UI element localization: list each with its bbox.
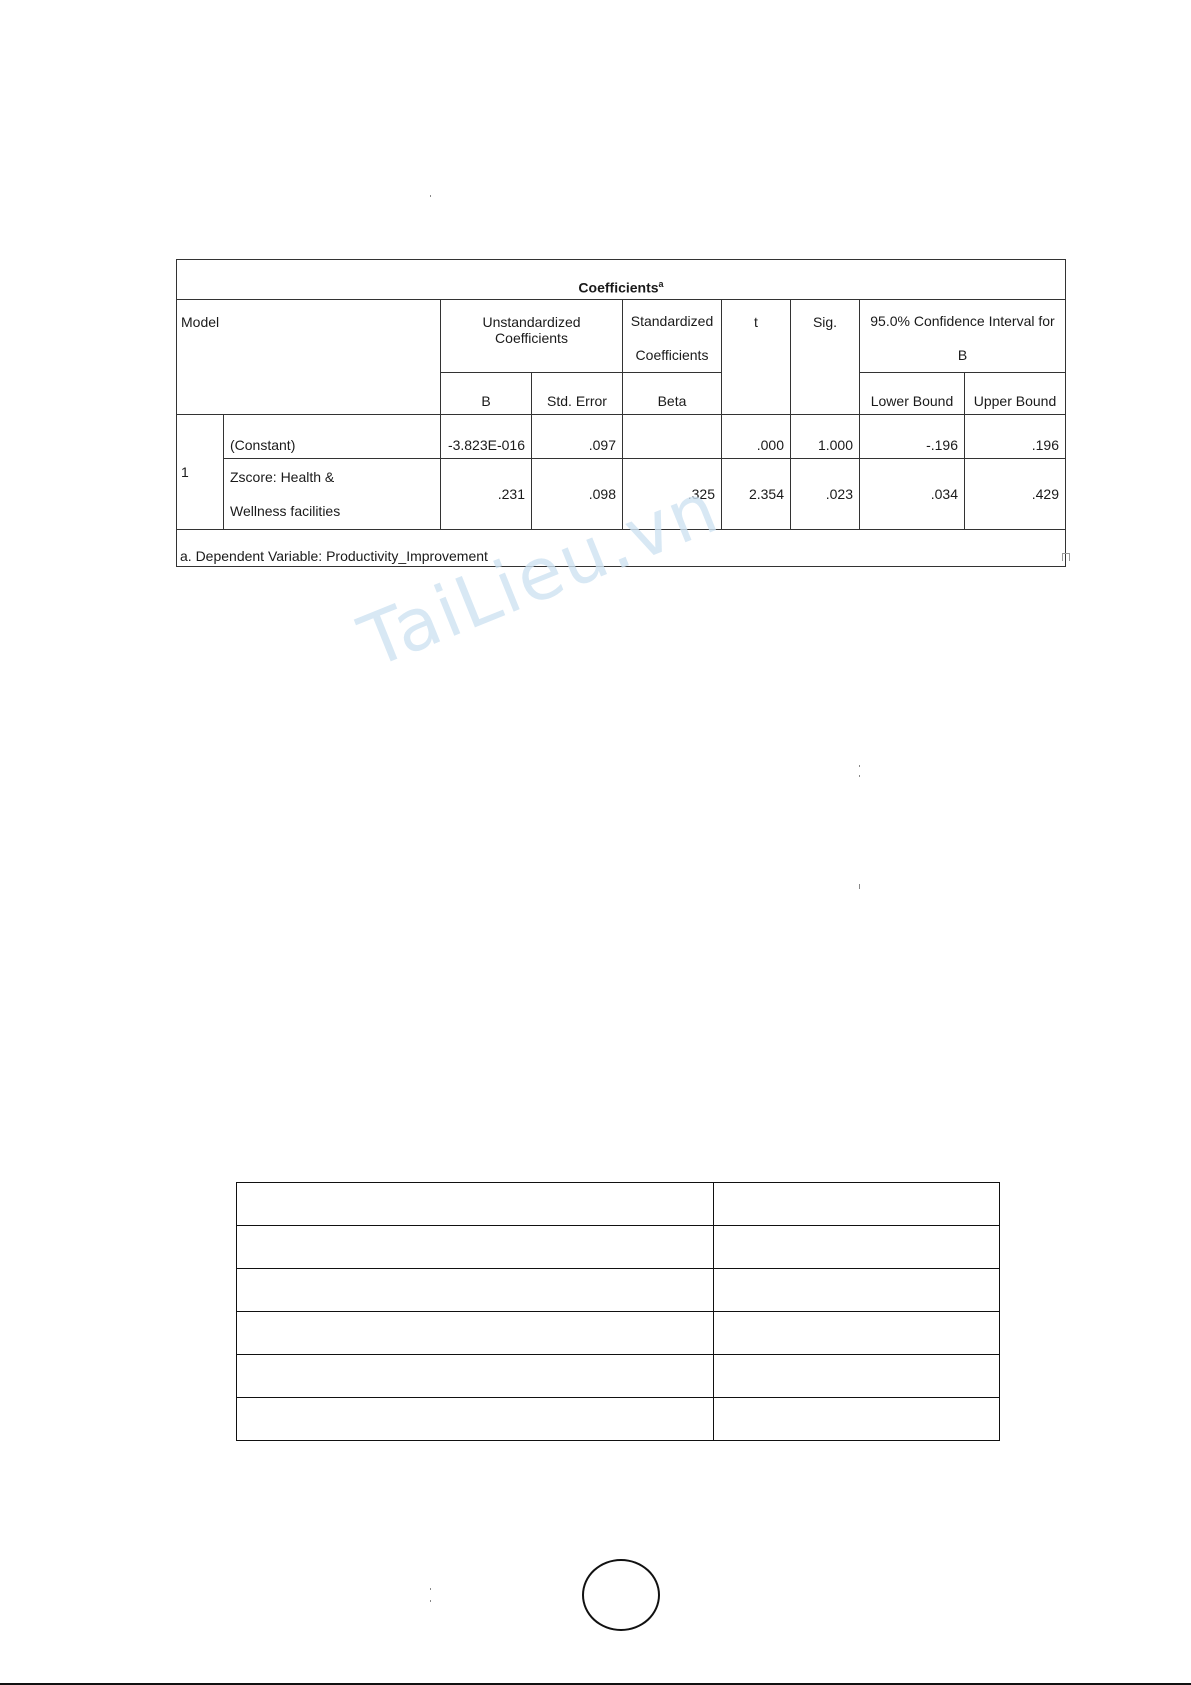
speck [859, 884, 860, 889]
row-label-line2: Wellness facilities [230, 503, 340, 519]
cell-lower-bound: -.196 [860, 415, 965, 459]
header-b: B [441, 373, 532, 415]
header-upper-bound: Upper Bound [965, 373, 1066, 415]
empty-table [236, 1182, 1000, 1441]
table-row [237, 1226, 1000, 1269]
header-t: t [722, 300, 791, 415]
cell-b: -3.823E-016 [441, 415, 532, 459]
table-row [237, 1183, 1000, 1226]
empty-cell [714, 1269, 1000, 1312]
cell-upper-bound: .196 [965, 415, 1066, 459]
row-label: Zscore: Health &Wellness facilities [224, 459, 441, 530]
header-standardized: StandardizedCoefficients [623, 300, 722, 373]
cell-sig: 1.000 [791, 415, 860, 459]
header-std-error: Std. Error [532, 373, 623, 415]
row-label-line1: Zscore: Health & [230, 469, 334, 485]
header-standardized-line1: Standardized [631, 313, 714, 329]
model-number: 1 [177, 415, 224, 530]
empty-cell [237, 1226, 714, 1269]
title-footnote-marker: a [659, 279, 664, 289]
speck [430, 195, 431, 197]
table-row [237, 1312, 1000, 1355]
header-model: Model [177, 300, 441, 415]
speck [859, 775, 860, 777]
empty-cell [714, 1226, 1000, 1269]
header-ci-line1: 95.0% Confidence Interval for [870, 313, 1054, 329]
empty-cell [237, 1269, 714, 1312]
header-beta: Beta [623, 373, 722, 415]
header-unstandardized: Unstandardized Coefficients [441, 300, 623, 373]
table-row: 1 (Constant) -3.823E-016 .097 .000 1.000… [177, 415, 1066, 459]
row-label: (Constant) [224, 415, 441, 459]
table-row [237, 1355, 1000, 1398]
table-title-text: Coefficients [578, 280, 658, 296]
empty-cell [714, 1355, 1000, 1398]
cell-beta [623, 415, 722, 459]
empty-cell [237, 1355, 714, 1398]
cell-t: 2.354 [722, 459, 791, 530]
empty-cell [714, 1312, 1000, 1355]
empty-cell [714, 1398, 1000, 1441]
empty-cell [237, 1183, 714, 1226]
empty-cell [237, 1398, 714, 1441]
header-lower-bound: Lower Bound [860, 373, 965, 415]
empty-cell [714, 1183, 1000, 1226]
cell-t: .000 [722, 415, 791, 459]
table-title: Coefficientsa [177, 260, 1066, 300]
header-sig: Sig. [791, 300, 860, 415]
table-row [237, 1269, 1000, 1312]
cell-lower-bound: .034 [860, 459, 965, 530]
cell-upper-bound: .429 [965, 459, 1066, 530]
header-confidence-interval: 95.0% Confidence Interval forB [860, 300, 1066, 373]
corner-mark [1062, 553, 1070, 561]
cell-sig: .023 [791, 459, 860, 530]
header-standardized-line2: Coefficients [636, 347, 709, 363]
page-number-circle [582, 1559, 660, 1631]
table-row [237, 1398, 1000, 1441]
speck [430, 1600, 431, 1602]
empty-cell [237, 1312, 714, 1355]
speck [859, 765, 860, 767]
speck [430, 1588, 431, 1590]
header-ci-line2: B [958, 347, 967, 363]
cell-b: .231 [441, 459, 532, 530]
cell-std-error: .097 [532, 415, 623, 459]
